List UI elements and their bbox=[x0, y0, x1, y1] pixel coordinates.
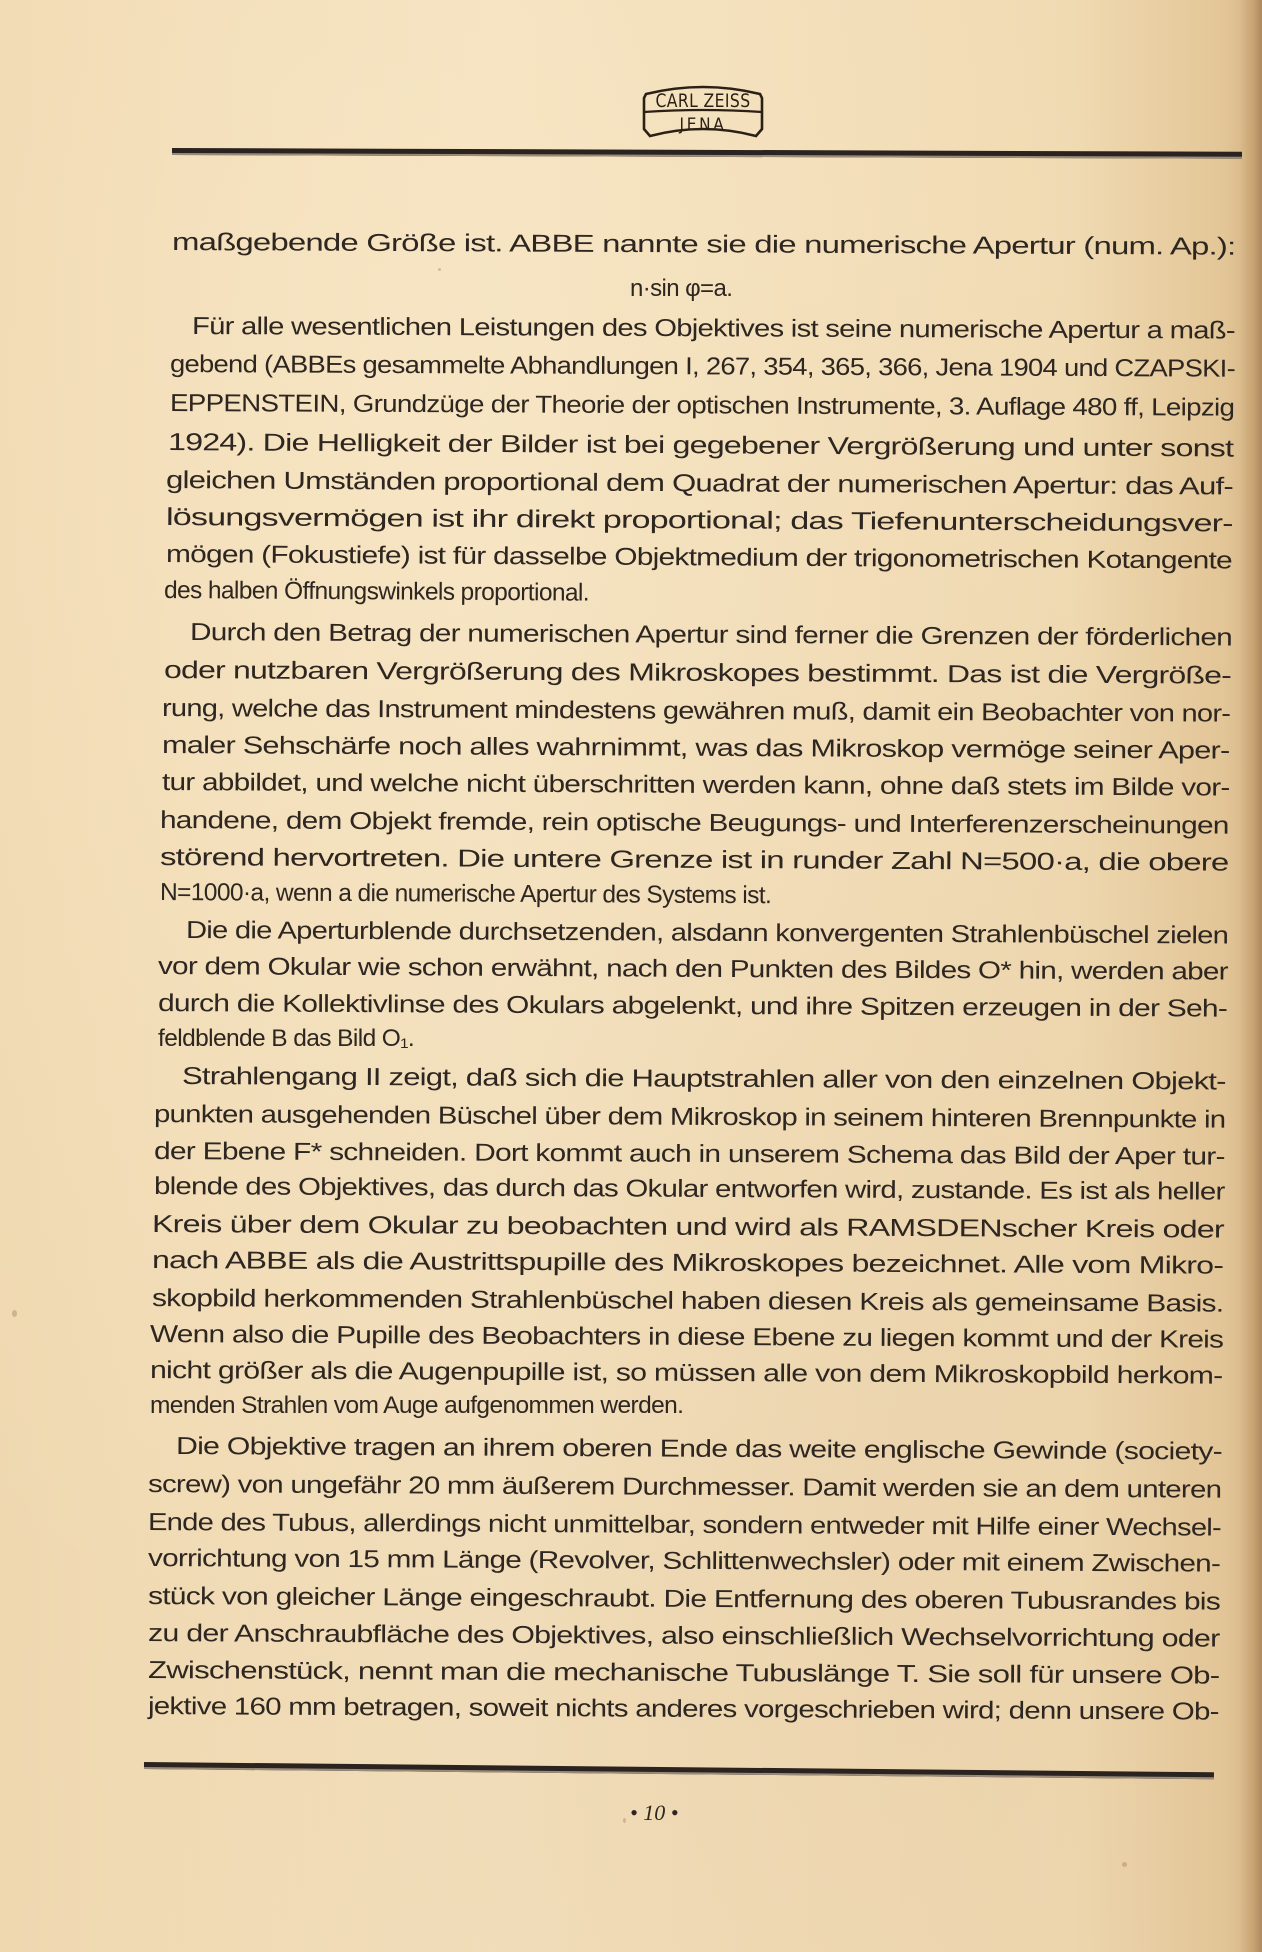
text-line: Durch den Betrag der numerischen Apertur… bbox=[190, 618, 1232, 653]
text-line: störend hervortreten. Die untere Grenze … bbox=[160, 843, 1229, 879]
text-line: Für alle wesentlichen Leistungen des Obj… bbox=[192, 312, 1235, 347]
text-line: screw) von ungefähr 20 mm äußerem Durchm… bbox=[148, 1470, 1221, 1506]
text-line: vor dem Okular wie schon erwähnt, nach d… bbox=[158, 952, 1228, 988]
text-line: N=1000·a, wenn a die numerische Apertur … bbox=[160, 878, 771, 911]
text-line: Die die Aperturblende durchsetzenden, al… bbox=[186, 916, 1228, 951]
text-line: Zwischenstück, nennt man die mechanische… bbox=[148, 1656, 1220, 1692]
text-line: Kreis über dem Okular zu beobachten und … bbox=[152, 1210, 1224, 1246]
carl-zeiss-jena-logo: CARL ZEISS JENA bbox=[640, 82, 766, 144]
formula-line: n·sin φ=a. bbox=[630, 274, 732, 304]
paper-spot bbox=[1122, 1862, 1127, 1867]
text-line: Wenn also die Pupille des Beobachters in… bbox=[150, 1320, 1223, 1356]
logo-city: JENA bbox=[646, 115, 759, 135]
logo-brand: CARL ZEISS bbox=[651, 90, 754, 112]
text-line: Ende des Tubus, allerdings nicht unmitte… bbox=[148, 1508, 1221, 1544]
text-line: feldblende B das Bild O₁. bbox=[158, 1024, 414, 1054]
text-line: skopbild herkommenden Strahlenbüschel ha… bbox=[152, 1284, 1223, 1320]
page-number: • 10 • bbox=[630, 1800, 678, 1826]
text-line: Strahlengang II zeigt, daß sich die Haup… bbox=[182, 1062, 1226, 1097]
text-line: tur abbildet, und welche nicht überschri… bbox=[162, 768, 1230, 804]
text-line: blende des Objektives, das durch das Oku… bbox=[154, 1172, 1225, 1208]
text-line: oder nutzbaren Vergrößerung des Mikrosko… bbox=[164, 656, 1231, 692]
text-line: jektive 160 mm betragen, soweit nichts a… bbox=[148, 1692, 1219, 1728]
paper-spot bbox=[623, 1818, 626, 1823]
text-line: menden Strahlen vom Auge aufgenommen wer… bbox=[150, 1391, 683, 1421]
page-edge-shadow bbox=[1240, 0, 1262, 1952]
text-line: maßgebende Größe ist. ABBE nannte sie di… bbox=[172, 228, 1236, 263]
text-line: vorrichtung von 15 mm Länge (Revolver, S… bbox=[148, 1544, 1220, 1580]
text-line: punkten ausgehenden Büschel über dem Mik… bbox=[154, 1100, 1226, 1136]
text-line: nicht größer als die Augenpupille ist, s… bbox=[150, 1356, 1223, 1392]
paper-spot bbox=[438, 268, 441, 271]
text-line: durch die Kollektivlinse des Okulars abg… bbox=[158, 989, 1227, 1025]
text-line: nach ABBE als die Austrittspupille des M… bbox=[152, 1246, 1223, 1282]
text-line: EPPENSTEIN, Grundzüge der Theorie der op… bbox=[170, 389, 1234, 424]
text-line: maler Sehschärfe noch alles wahrnimmt, w… bbox=[162, 731, 1230, 767]
text-line: der Ebene F* schneiden. Dort kommt auch … bbox=[154, 1137, 1225, 1173]
text-line: des halben Öffnungswinkels proportional. bbox=[164, 576, 589, 609]
text-line: rung, welche das Instrument mindestens g… bbox=[162, 694, 1230, 730]
paper-spot bbox=[12, 1310, 17, 1317]
text-line: handene, dem Objekt fremde, rein optisch… bbox=[160, 806, 1229, 842]
text-line: gebend (ABBEs gesammelte Abhandlungen I,… bbox=[170, 350, 1235, 385]
text-line: zu der Anschraubfläche des Objektives, a… bbox=[148, 1619, 1220, 1655]
text-line: Die Objektive tragen an ihrem oberen End… bbox=[176, 1432, 1222, 1467]
text-line: stück von gleicher Länge eingeschraubt. … bbox=[148, 1582, 1220, 1618]
